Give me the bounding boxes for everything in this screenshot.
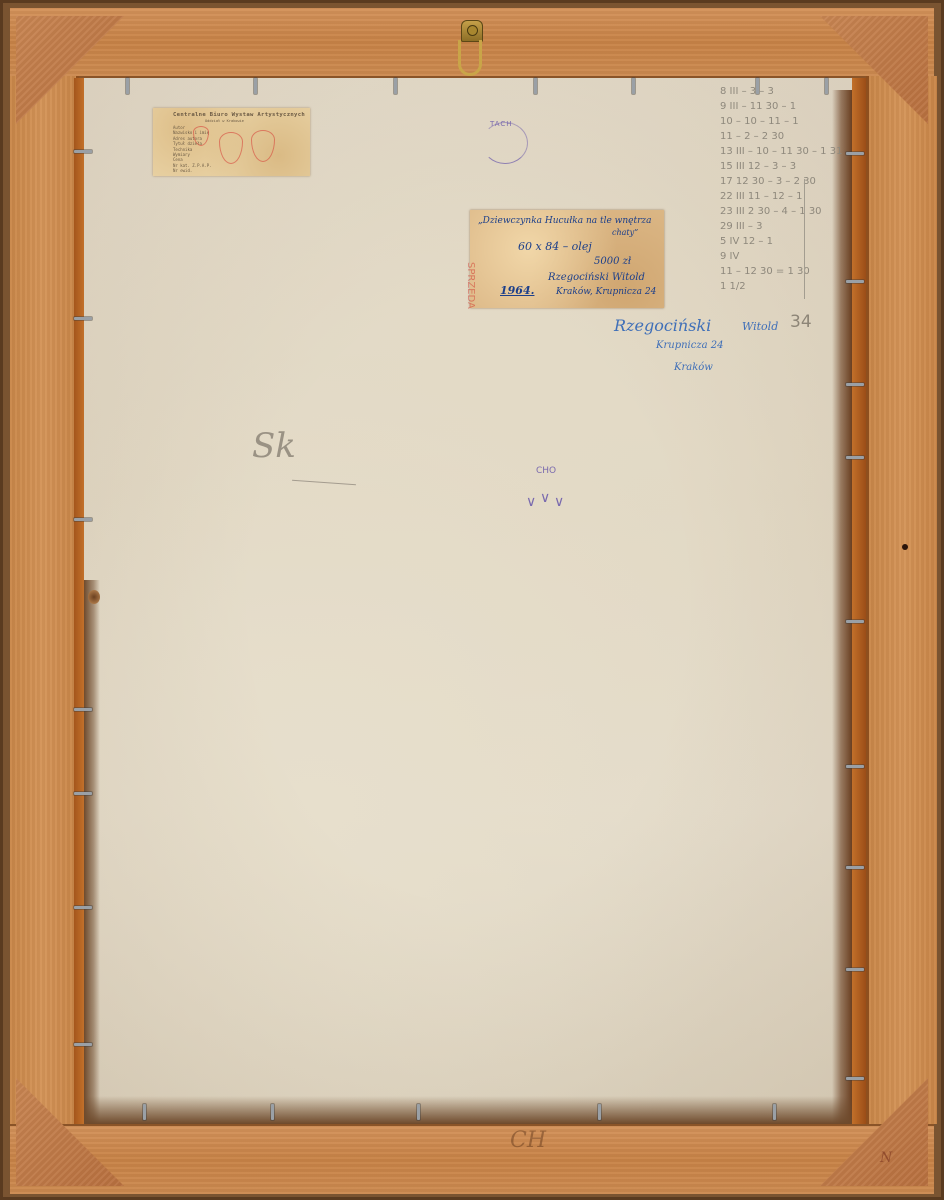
exhibition-label-subtitle: Oddział w Krakowie [205, 119, 244, 123]
nail-icon [74, 906, 92, 909]
corner-pencil-mark: N [880, 1150, 892, 1166]
handwritten-street: Krupnicza 24 [656, 340, 723, 351]
nail-icon [271, 1104, 274, 1120]
schedule-row: 23 III 2 30 – 4 – 1 30 [720, 204, 840, 219]
frame-stain-mark: CH [510, 1128, 546, 1153]
nail-icon [417, 1104, 420, 1120]
exhibition-label: Centralne Biuro Wystaw Artystycznych Odd… [153, 108, 310, 176]
nail-icon [846, 280, 864, 283]
handwritten-surname: Rzegociński [614, 316, 711, 335]
handwritten-first-name: Witold [742, 320, 778, 333]
schedule-row: 11 – 12 30 = 1 30 [720, 264, 840, 279]
schedule-row: 9 III – 11 30 – 1 [720, 99, 840, 114]
pencil-signature: Sk [252, 426, 296, 466]
artwork-title-line2: chaty” [612, 228, 638, 237]
nail-icon [394, 78, 397, 94]
schedule-row: 15 III 12 – 3 – 3 [720, 159, 840, 174]
stamp-arc-icon [482, 122, 528, 164]
schedule-row: 1 1/2 [720, 279, 840, 294]
exhibition-label-row: Nr ewid. [173, 168, 212, 173]
nail-icon [74, 518, 92, 521]
red-heart-stamp-icon [251, 130, 275, 162]
schedule-row: 5 IV 12 – 1 [720, 234, 840, 249]
pencil-schedule-notes: 8 III – 3 – 3 9 III – 11 30 – 1 10 – 10 … [720, 84, 840, 294]
red-sold-stamp: SPRZEDA [465, 262, 476, 309]
chevron-mark-icon: ∨ [554, 494, 564, 510]
schedule-row: 11 – 2 – 2 30 [720, 129, 840, 144]
nail-icon [846, 152, 864, 155]
nail-icon [846, 765, 864, 768]
painting-back-photo: Centralne Biuro Wystaw Artystycznych Odd… [0, 0, 944, 1200]
nail-icon [846, 968, 864, 971]
nail-icon [254, 78, 257, 94]
nail-icon [534, 78, 537, 94]
schedule-row: 29 III – 3 [720, 219, 840, 234]
strainer-lip-left [74, 78, 84, 1124]
nail-icon [74, 1043, 92, 1046]
purple-circle-stamp: TACH [478, 118, 532, 164]
schedule-row: 22 III 11 – 12 – 1 [720, 189, 840, 204]
artwork-year: 1964. [500, 284, 534, 297]
nail-icon [143, 1104, 146, 1120]
nail-icon [126, 78, 129, 94]
nail-icon [846, 866, 864, 869]
wood-knot [88, 590, 100, 604]
stamp-text: CHO [536, 466, 556, 476]
frame-rail-bottom [10, 1124, 934, 1194]
stamp-text: TACH [490, 120, 513, 128]
schedule-row: 17 12 30 – 3 – 2 30 [720, 174, 840, 189]
hanger-ring [458, 40, 482, 76]
purple-mark-stamp: CHO ∨ ∨ ∨ [524, 466, 572, 516]
canvas-edge-stain-bottom [84, 1096, 852, 1124]
artwork-dimensions: 60 x 84 – olej [518, 240, 592, 253]
handwritten-city: Kraków [674, 362, 713, 373]
chevron-mark-icon: ∨ [540, 490, 550, 506]
schedule-row: 13 III – 10 – 11 30 – 1 31 [720, 144, 840, 159]
nail-icon [846, 383, 864, 386]
hanger-plate [461, 20, 483, 42]
exhibition-label-title: Centralne Biuro Wystaw Artystycznych [173, 112, 305, 118]
nail-icon [773, 1104, 776, 1120]
schedule-row: 8 III – 3 – 3 [720, 84, 840, 99]
nail-icon [846, 456, 864, 459]
frame-rail-right [866, 76, 937, 1124]
wood-hole [902, 544, 908, 550]
frame-rail-left [10, 76, 79, 1124]
artist-label: „Dziewczynka Hucułka na tle wnętrza chat… [470, 210, 664, 308]
nail-icon [632, 78, 635, 94]
nail-icon [74, 150, 92, 153]
red-heart-stamp-icon [219, 132, 243, 164]
brass-hanger-icon [455, 20, 489, 80]
nail-icon [74, 317, 92, 320]
nail-icon [598, 1104, 601, 1120]
artwork-price: 5000 zł [594, 256, 631, 267]
schedule-row: 9 IV [720, 249, 840, 264]
artist-name: Rzegociński Witold [548, 272, 645, 283]
nail-icon [74, 792, 92, 795]
artwork-title-line1: „Dziewczynka Hucułka na tle wnętrza [478, 216, 652, 226]
nail-icon [846, 620, 864, 623]
artist-address: Kraków, Krupnicza 24 [556, 287, 656, 297]
nail-icon [846, 1077, 864, 1080]
nail-icon [74, 708, 92, 711]
pencil-number: 34 [790, 312, 812, 332]
chevron-mark-icon: ∨ [526, 494, 536, 510]
schedule-row: 10 – 10 – 11 – 1 [720, 114, 840, 129]
schedule-divider [804, 179, 805, 299]
